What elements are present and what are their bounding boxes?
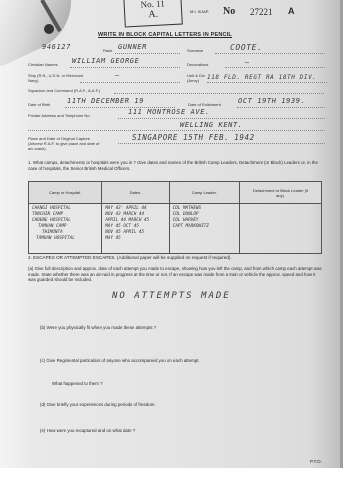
- dates-cell: MAY 43' APRIL 44 NOV 43 MARCH 44 APRIL 4…: [102, 204, 169, 254]
- address-line2: WELLING KENT.: [180, 121, 243, 129]
- please-turn-over: P.T.O.: [310, 459, 322, 464]
- decorations-value: —: [245, 58, 250, 66]
- table-row: CHANGI HOSPITAL TONCHIN CAMP CHOENE HOSP…: [29, 204, 322, 254]
- column-detachment-leader: Detachment or Block Leader (if any).: [239, 182, 321, 204]
- ship-line: [80, 82, 180, 83]
- enlistment-label: Date of Enlistment: [188, 102, 221, 107]
- question-2a-answer: NO ATTEMPTS MADE: [112, 291, 231, 301]
- decorations-line: [225, 67, 325, 68]
- unit-value: 118 FLD. REGT RA 18TH DIV.: [207, 74, 317, 81]
- question-1-text: 1. What camps, detachments or hospitals …: [28, 160, 324, 171]
- question-2e-text: (e) How were you recaptured and on what …: [40, 428, 135, 434]
- document-page: No. 11 A. M.I. 9/JAP. No 27221 A WRITE I…: [0, 0, 343, 468]
- question-2c-text: (c) Give Regimental particulars of anyon…: [40, 358, 200, 364]
- camp-leaders-cell: COL MATHEWS COL DUNLOP COL HARVEY CAPT M…: [169, 204, 239, 254]
- unit-line: [207, 82, 327, 83]
- capture-value: SINGAPORE 15TH FEB. 1942: [132, 133, 255, 142]
- enlistment-line: [237, 107, 325, 108]
- mi-reference: M.I. 9/JAP.: [190, 9, 209, 14]
- column-camp-leader: Camp Leader.: [169, 182, 239, 204]
- address-line2-rule: [28, 130, 325, 131]
- question-2a-text: (a) Give full description and approx. da…: [28, 266, 324, 283]
- question-2b-text: (b) Were you physically fit when you mad…: [40, 325, 156, 331]
- serial-suffix: A: [288, 6, 295, 16]
- serial-number: 27221: [250, 7, 273, 17]
- surname-label: Surname: [187, 48, 203, 53]
- rank-label: Rank: [103, 48, 112, 53]
- camps-table: Camp or Hospital. Dates. Camp Leader. De…: [28, 181, 322, 254]
- decorations-label: Decorations: [187, 62, 208, 67]
- squadron-line: [114, 93, 324, 94]
- column-dates: Dates.: [102, 182, 169, 204]
- rank-line: [115, 53, 180, 54]
- column-camp: Camp or Hospital.: [29, 182, 102, 204]
- rank-value: GUNNER: [118, 43, 147, 51]
- ship-label: Ship (R.N., U.S.N. or Merchant Navy): [28, 73, 83, 83]
- dob-label: Date of Birth: [28, 102, 50, 107]
- enlistment-value: OCT 19TH 1939.: [238, 97, 305, 105]
- number-label: No: [223, 6, 235, 17]
- army-number: 946127: [42, 43, 71, 51]
- form-instruction: WRITE IN BLOCK CAPITAL LETTERS IN PENCIL: [98, 32, 232, 38]
- christian-names-label: Christian Names: [28, 62, 58, 67]
- address-line1: 111 MONTROSE AVE.: [128, 108, 210, 116]
- unit-label: Unit & Div. (Army): [187, 73, 209, 83]
- squadron-label: Squadron and Command (R.A.F., A.A.F.): [28, 88, 100, 93]
- stamp-letter: A.: [125, 8, 181, 22]
- camps-cell: CHANGI HOSPITAL TONCHIN CAMP CHOENE HOSP…: [29, 204, 102, 254]
- detachment-leaders-cell: [239, 204, 321, 254]
- question-2d-text: (d) Give briefly your experiences during…: [40, 402, 156, 408]
- surname-line: [215, 53, 325, 54]
- address-label: Private Address and Telephone No.: [28, 113, 91, 118]
- address-line1-rule: [118, 118, 325, 119]
- question-2c-followup: What happened to them ?: [52, 381, 103, 387]
- reference-stamp: No. 11 A.: [123, 0, 183, 27]
- pin-head-icon: [44, 24, 54, 34]
- ship-value: —: [115, 71, 120, 79]
- capture-label: Place and Date of Original Capture (Airc…: [28, 136, 103, 151]
- capture-line: [118, 143, 325, 144]
- question-2-title: 2. ESCAPES OR ATTEMPTED ESCAPES. (Additi…: [28, 255, 324, 261]
- christian-names-line: [70, 67, 180, 68]
- dob-value: 11TH DECEMBER 19: [67, 97, 144, 105]
- christian-names-value: WILLIAM GEORGE: [72, 57, 139, 65]
- surname-value: COOTE.: [230, 43, 263, 52]
